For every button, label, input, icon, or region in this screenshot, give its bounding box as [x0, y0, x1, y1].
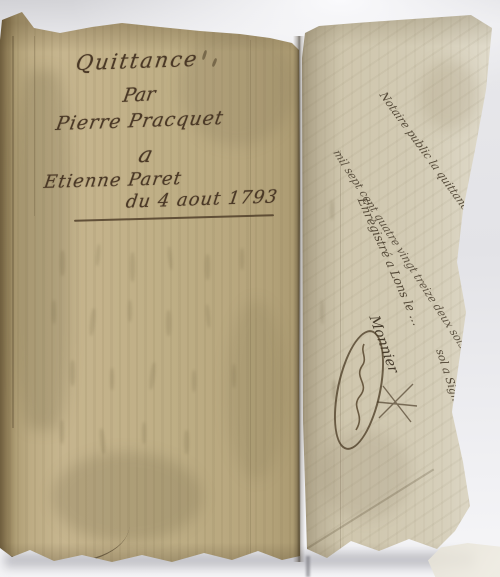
- background-shadow-streak: [306, 556, 310, 577]
- ink-bleed-mark: [110, 368, 114, 390]
- handwriting-line-date: du 4 aout 1793: [125, 186, 280, 212]
- ink-bleed-mark: [60, 420, 64, 444]
- ink-bleed-mark: [60, 250, 65, 276]
- ink-bleed-mark: [184, 430, 189, 454]
- handwriting-line-etienne-paret: Etienne Paret: [42, 168, 183, 193]
- title-underline: [74, 214, 274, 222]
- ink-bleed-mark: [128, 300, 132, 322]
- ink-bleed-mark: [192, 370, 196, 392]
- ink-bleed-mark: [70, 360, 75, 386]
- paper-stain: [420, 60, 478, 130]
- ink-bleed-mark: [142, 422, 146, 444]
- handwriting-line-par: Par: [121, 83, 157, 107]
- page-fold-junction: [293, 36, 305, 562]
- ink-bleed-mark: [167, 246, 173, 270]
- paper-stain: [226, 300, 286, 480]
- paper-crease: [340, 150, 341, 550]
- handwriting-line-a: a: [136, 143, 155, 168]
- ink-bleed-mark: [52, 300, 56, 324]
- ink-bleed-mark: [332, 380, 336, 400]
- ink-bleed-mark: [330, 200, 334, 220]
- ink-bleed-mark: [166, 310, 171, 336]
- ink-bleed-mark: [205, 304, 211, 328]
- ink-bleed-mark: [240, 248, 244, 270]
- ink-bleed-mark: [232, 364, 236, 388]
- ink-bleed-mark: [99, 428, 107, 454]
- ink-bleed-mark: [130, 252, 135, 282]
- paper-crease: [34, 36, 35, 216]
- handwriting-line-quittance: Quittance: [74, 47, 200, 75]
- spine-crease: [12, 36, 14, 428]
- ink-bleed-mark: [205, 254, 210, 280]
- ink-bleed-mark: [89, 308, 97, 336]
- manuscript-photograph: Quittance Par Pierre Pracquet a Etienne …: [0, 0, 500, 577]
- signature-flourish-icon: [342, 338, 376, 438]
- ink-bleed-mark: [95, 244, 101, 266]
- ink-scribble-icon: [377, 378, 417, 426]
- ink-bleed-mark: [148, 362, 156, 390]
- paper-crease: [250, 40, 251, 555]
- annotation-line-signe: sol a Signé Mondue: [433, 348, 480, 455]
- paper-stain: [320, 430, 410, 520]
- ink-bleed-mark: [320, 300, 324, 324]
